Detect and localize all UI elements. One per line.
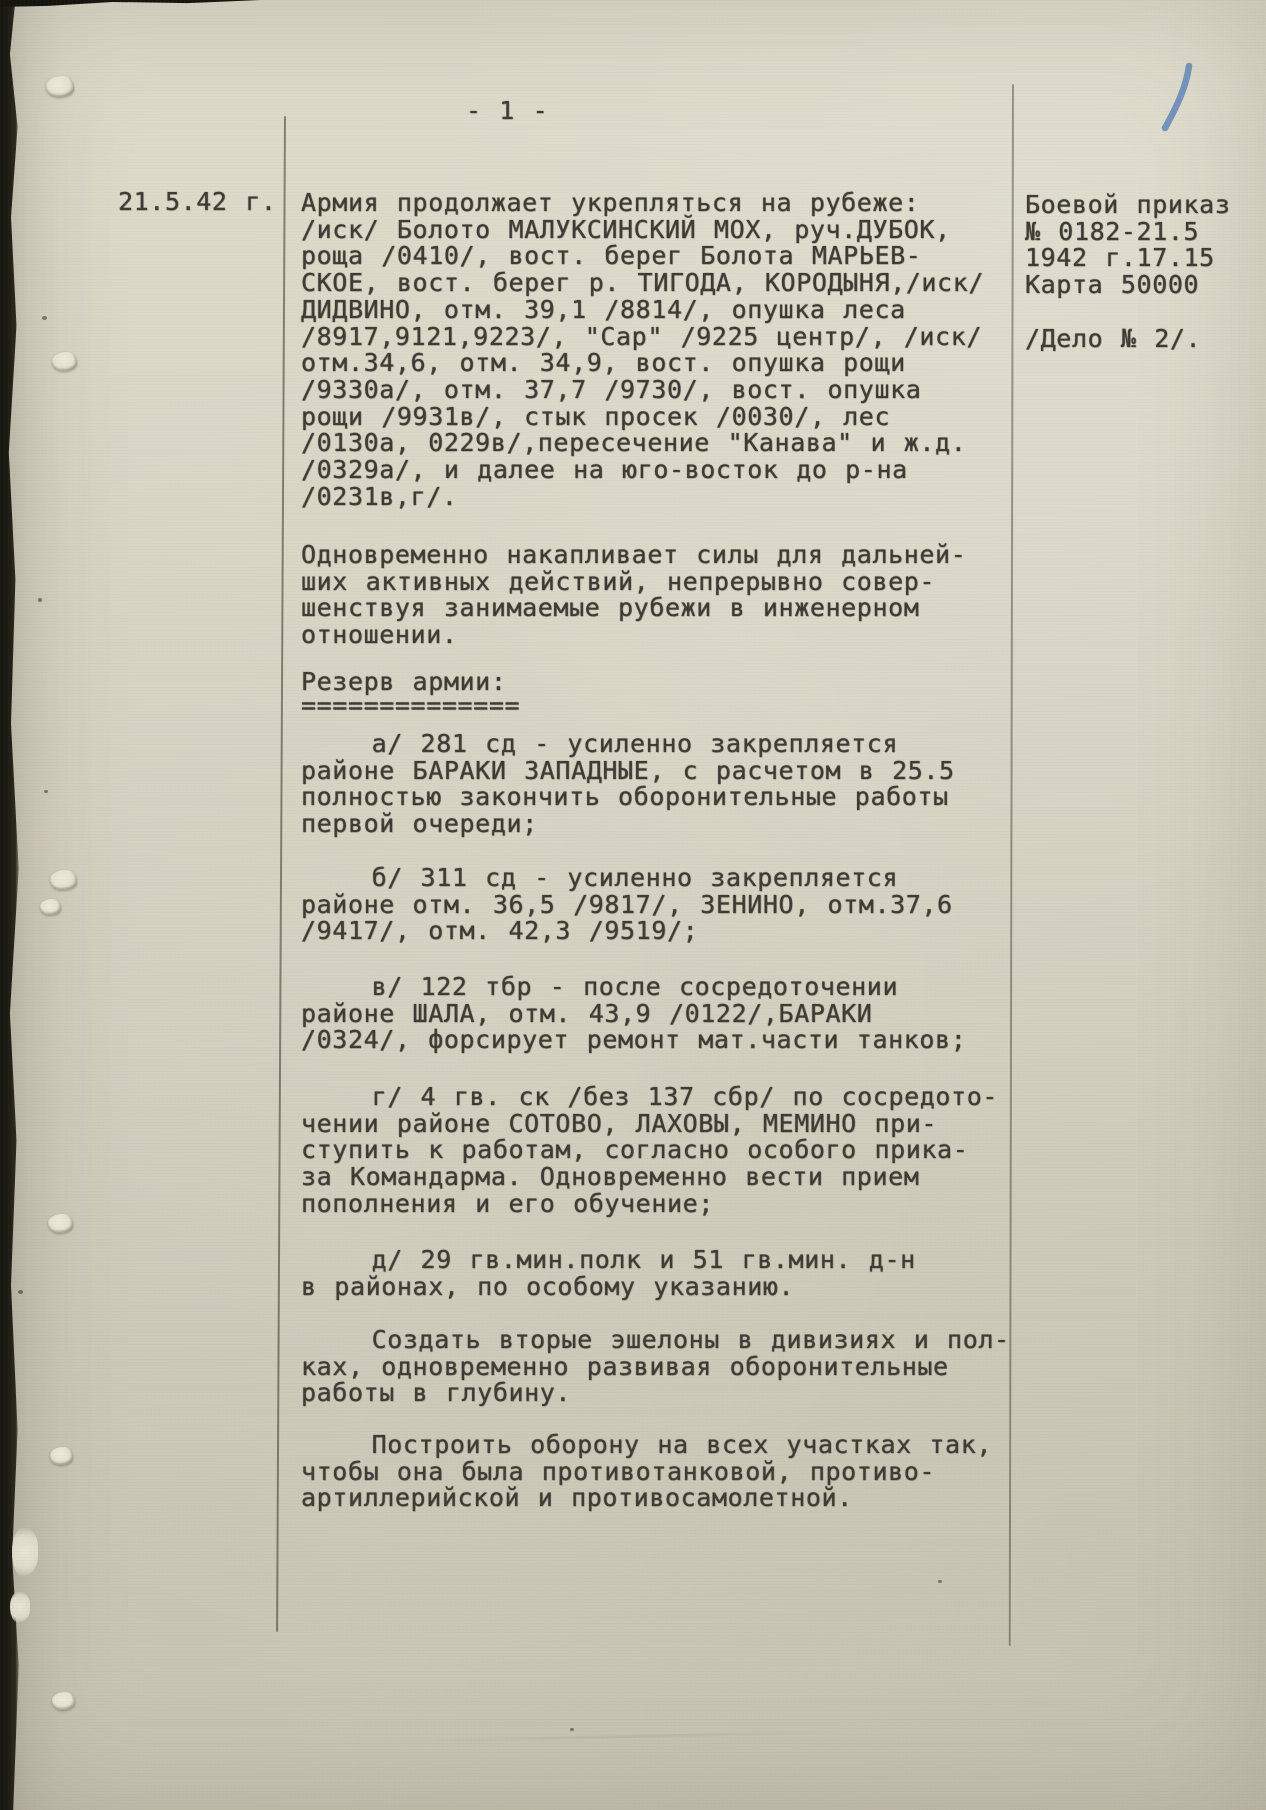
body-line: артиллерийской и противосамолетной. (301, 1485, 992, 1512)
body-line: чтобы она была противотанковой, противо- (301, 1459, 992, 1486)
body-line: районе отм. 36,5 /9817/, ЗЕНИНО, отм.37,… (301, 892, 953, 919)
paragraph-defense-requirements: Построить оборону на всех участках так, … (301, 1432, 992, 1512)
body-line: районе БАРАКИ ЗАПАДНЫЕ, с расчетом в 25.… (301, 758, 955, 785)
punch-hole (48, 1214, 73, 1233)
ink-speck (18, 1290, 23, 1294)
body-line: /0130а, 0229в/,пересечение "Канава" и ж.… (301, 430, 984, 457)
reserve-item-d: д/ 29 гв.мин.полк и 51 гв.мин. д-н в рай… (301, 1247, 916, 1300)
body-line: полностью закончить оборонительные работ… (301, 784, 955, 811)
column-rule-right (1009, 84, 1014, 1646)
ink-speck (44, 790, 48, 793)
order-reference-column: Боевой приказ № 0182-21.5 1942 г.17.15 К… (1025, 192, 1230, 352)
body-line: рощи /9931в/, стык просек /0030/, лес (301, 404, 984, 431)
body-line: /9417/, отм. 42,3 /9519/; (301, 918, 953, 945)
body-line: роща /0410/, вост. берег Болота МАРЬЕВ- (301, 243, 984, 270)
body-line: пополнения и его обучение; (301, 1191, 998, 1218)
body-line: отношении. (301, 622, 966, 649)
body-line: /0329а/, и далее на юго-восток до р-на (301, 457, 984, 484)
body-line: /0231в,г/. (301, 484, 984, 511)
reserve-item-b: б/ 311 сд - усиленно закрепляется районе… (301, 865, 953, 945)
body-line: /0324/, форсирует ремонт мат.части танко… (301, 1027, 966, 1054)
entry-date: 21.5.42 г. (118, 189, 277, 216)
punch-hole (40, 899, 61, 915)
body-line: а/ 281 сд - усиленно закрепляется (301, 731, 955, 758)
torn-paper-bit (10, 1592, 30, 1622)
column-rule-left (276, 116, 286, 1632)
body-line: /9330а/, отм. 37,7 /9730/, вост. опушка (301, 377, 984, 404)
handwritten-blue-mark (1140, 52, 1210, 144)
body-line: Армия продолжает укрепляться на рубеже: (301, 190, 984, 217)
document-scan-page: - 1 - 21.5.42 г. Боевой приказ № 0182-21… (0, 0, 1266, 1810)
body-line: д/ 29 гв.мин.полк и 51 гв.мин. д-н (301, 1247, 916, 1274)
body-line: б/ 311 сд - усиленно закрепляется (301, 865, 953, 892)
scan-dark-top-edge (0, 0, 268, 7)
body-line: ступить к работам, согласно особого прик… (301, 1137, 998, 1164)
body-line: шенствуя занимаемые рубежи в инженерном (301, 595, 966, 622)
body-line: СКОЕ, вост. берег р. ТИГОДА, КОРОДЫНЯ,/и… (301, 270, 984, 297)
body-line: чении районе СОТОВО, ЛАХОВЫ, МЕМИНО при- (301, 1111, 998, 1138)
body-line: в районах, по особому указанию. (301, 1274, 916, 1301)
paragraph-second-echelons: Создать вторые эшелоны в дивизиях и пол-… (301, 1327, 1010, 1407)
order-ref-line: № 0182-21.5 (1025, 219, 1230, 246)
body-line: ших активных действий, непрерывно совер- (301, 569, 966, 596)
ink-speck (42, 316, 47, 320)
reserve-item-v: в/ 122 тбр - после сосредоточении районе… (301, 974, 966, 1054)
body-line: Построить оборону на всех участках так, (301, 1432, 992, 1459)
torn-paper-bit (12, 1528, 38, 1576)
reserve-section-heading: Резерв армии: ============== (301, 669, 520, 719)
body-line: /иск/ Болото МАЛУКСИНСКИЙ МОХ, руч.ДУБОК… (301, 217, 984, 244)
ink-speck (38, 598, 42, 602)
body-line: ДИДВИНО, отм. 39,1 /8814/, опушка леса (301, 297, 984, 324)
paragraph-front-line: Армия продолжает укрепляться на рубеже: … (301, 190, 984, 510)
ink-speck (570, 1728, 574, 1731)
body-line: отм.34,6, отм. 34,9, вост. опушка рощи (301, 350, 984, 377)
body-line: в/ 122 тбр - после сосредоточении (301, 974, 966, 1001)
ink-speck (938, 1580, 942, 1583)
paragraph-buildup: Одновременно накапливает силы для дальне… (301, 542, 966, 649)
reserve-item-g: г/ 4 гв. ск /без 137 сбр/ по сосредото- … (301, 1084, 998, 1218)
body-line: г/ 4 гв. ск /без 137 сбр/ по сосредото- (301, 1084, 998, 1111)
body-line: ках, одновременно развивая оборонительны… (301, 1354, 1010, 1381)
punch-hole (50, 870, 77, 890)
order-ref-line: 1942 г.17.15 (1025, 245, 1230, 272)
punch-hole (46, 76, 74, 97)
punch-hole (52, 352, 77, 371)
order-ref-line: Боевой приказ (1025, 192, 1230, 219)
punch-hole (50, 1447, 73, 1465)
body-line: за Командарма. Одновременно вести прием (301, 1164, 998, 1191)
page-number: - 1 - (466, 98, 548, 125)
body-line: районе ШАЛА, отм. 43,9 /0122/,БАРАКИ (301, 1001, 966, 1028)
body-line: первой очереди; (301, 811, 955, 838)
body-line: работы в глубину. (301, 1380, 1010, 1407)
order-ref-line: Карта 50000 (1025, 272, 1230, 299)
reserve-item-a: а/ 281 сд - усиленно закрепляется районе… (301, 731, 955, 838)
typed-underline: ============== (301, 693, 520, 720)
punch-hole (52, 1692, 75, 1710)
paper-crease (420, 1731, 840, 1743)
body-line: Одновременно накапливает силы для дальне… (301, 542, 966, 569)
body-line: /8917,9121,9223/, "Сар" /9225 центр/, /и… (301, 324, 984, 351)
order-ref-line: /Дело № 2/. (1025, 326, 1230, 353)
body-line: Создать вторые эшелоны в дивизиях и пол- (301, 1327, 1010, 1354)
